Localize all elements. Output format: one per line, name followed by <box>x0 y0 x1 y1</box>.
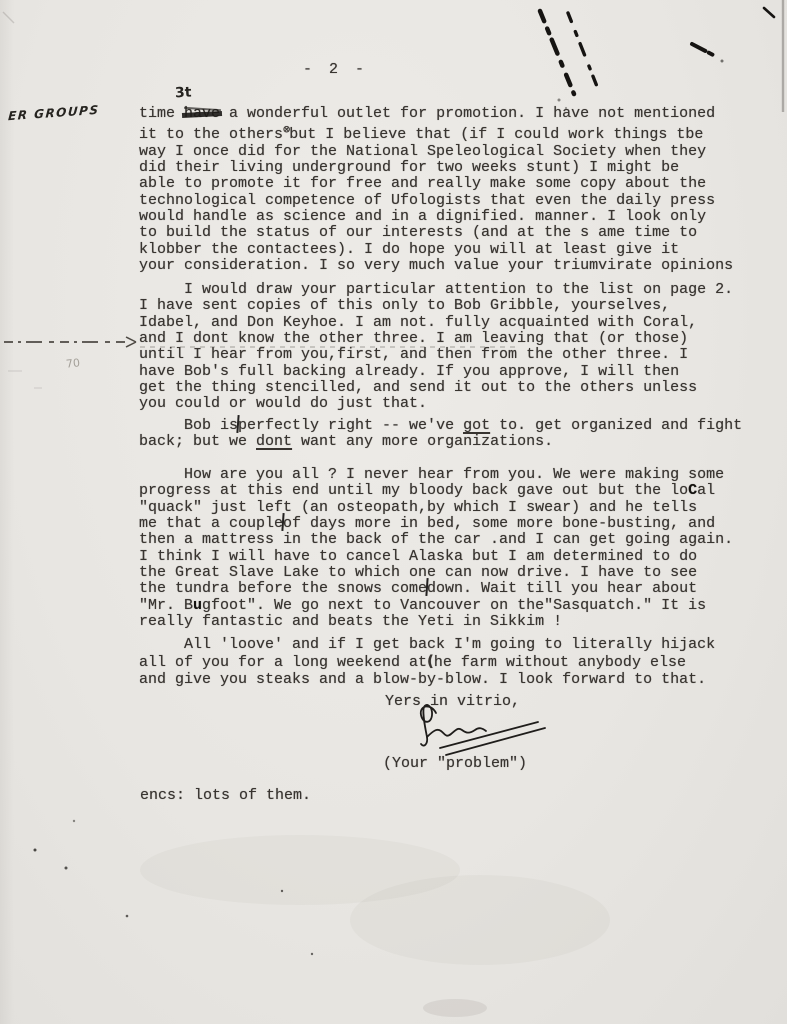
typed-text: a wonderful outlet for promotion. I have… <box>220 105 715 122</box>
letter-line: "Mr. Bugfoot". We go next to Vancouver o… <box>139 598 733 614</box>
letter-line: I would draw your particular attention t… <box>139 282 733 298</box>
letter-line: it to the others⊗but I believe that (if … <box>139 122 733 143</box>
letter-line: technological competence of Ufologists t… <box>139 193 733 209</box>
paragraph-2: I would draw your particular attention t… <box>139 282 733 413</box>
typed-text: I have sent copies of this only to Bob G… <box>139 297 670 314</box>
typed-text: then a mattress in the back of the car .… <box>139 531 733 548</box>
typed-text: technological competence of Ufologists t… <box>139 192 715 209</box>
typed-text: of days more in bed, some more bone-bust… <box>283 515 715 532</box>
letter-line: way I once did for the National Speleolo… <box>139 144 733 160</box>
typed-text: to. get organized and fight <box>490 417 742 434</box>
typed-text: able to promote it for free and really m… <box>139 175 706 192</box>
letter-line: Idabel, and Don Keyhoe. I am not. fully … <box>139 315 733 331</box>
letter-line: the Great Slave Lake to which one can no… <box>139 565 733 581</box>
underlined-word: dont <box>256 433 292 450</box>
typed-text: and I dont know the other three. I am le… <box>139 330 688 347</box>
letter-line: How are you all ? I never hear from you.… <box>139 467 733 483</box>
paragraph-5: All 'loove' and if I get back I'm going … <box>139 637 715 688</box>
letter-line: did their living underground for two wee… <box>139 160 733 176</box>
letter-line: I think I will have to cancel Alaska but… <box>139 549 733 565</box>
typed-text: and give you steaks and a blow-by-blow. … <box>139 671 706 688</box>
typed-text: I would draw your particular attention t… <box>139 281 733 298</box>
letter-line: have Bob's full backing already. If you … <box>139 364 733 380</box>
letter-line: really fantastic and beats the Yeti in S… <box>139 614 733 630</box>
typed-text: down. Wait till you hear about <box>427 580 697 597</box>
typed-text: al <box>697 482 715 499</box>
enclosures-line: encs: lots of them. <box>140 788 311 804</box>
typed-text: u <box>193 597 202 614</box>
typed-text: did their living underground for two wee… <box>139 159 679 176</box>
typed-text: your consideration. I so very much value… <box>139 257 733 274</box>
typed-text: I think I will have to cancel Alaska but… <box>139 548 697 565</box>
letter-line: me that a coupleof days more in bed, som… <box>139 516 733 532</box>
signature-caption: (Your "problem") <box>383 756 527 772</box>
typed-text: have Bob's full backing already. If you … <box>139 363 679 380</box>
typed-text: gfoot". We go next to Vancouver on the"S… <box>202 597 706 614</box>
letter-line: able to promote it for free and really m… <box>139 176 733 192</box>
letter-line: until I hear from you,first, and then fr… <box>139 347 733 363</box>
letter-line: and I dont know the other three. I am le… <box>139 331 733 347</box>
letter-line: you could or would do just that. <box>139 396 733 412</box>
letter-line: Bob isperfectly right -- we've got to. g… <box>139 418 742 434</box>
typed-text: me that a couple <box>139 515 283 532</box>
typed-text: C <box>688 482 697 499</box>
typed-text: way I once did for the National Speleolo… <box>139 143 706 160</box>
letter-line: I have sent copies of this only to Bob G… <box>139 298 733 314</box>
letter-line: get the thing stencilled, and send it ou… <box>139 380 733 396</box>
typed-text: time <box>139 105 184 122</box>
letter-line: would handle as science and in a dignifi… <box>139 209 733 225</box>
letter-line: time have a wonderful outlet for promoti… <box>139 106 733 122</box>
letter-line: to build the status of our interests (an… <box>139 225 733 241</box>
typed-text: progress at this end until my bloody bac… <box>139 482 688 499</box>
typed-text: the tundra before the snows come <box>139 580 427 597</box>
typed-text: would handle as science and in a dignifi… <box>139 208 706 225</box>
typed-text: perfectly right -- we've <box>238 417 463 434</box>
typed-text: How are you all ? I never hear from you.… <box>139 466 724 483</box>
typed-text: ( <box>427 652 434 670</box>
typed-text: to build the status of our interests (an… <box>139 224 697 241</box>
letter-line: progress at this end until my bloody bac… <box>139 483 733 499</box>
typed-text: get the thing stencilled, and send it ou… <box>139 379 697 396</box>
letter-line: klobber the contactees). I do hope you w… <box>139 242 733 258</box>
letter-line: your consideration. I so very much value… <box>139 258 733 274</box>
letter-line: "quack" just left (an osteopath,by which… <box>139 500 733 516</box>
typed-text: back; but we <box>139 433 256 450</box>
typed-text: klobber the contactees). I do hope you w… <box>139 241 679 258</box>
paragraph-1: time have a wonderful outlet for promoti… <box>139 106 733 274</box>
underlined-word: got <box>463 417 490 434</box>
struck-out-word: have <box>184 105 220 122</box>
letter-line: All 'loove' and if I get back I'm going … <box>139 637 715 653</box>
typed-text: want any more organizations. <box>292 433 553 450</box>
typed-text: Idabel, and Don Keyhoe. I am not. fully … <box>139 314 697 331</box>
typed-text: Bob is <box>139 417 238 434</box>
typed-text: until I hear from you,first, and then fr… <box>139 346 688 363</box>
scanned-letter-page: - 2 - ER GROUPS 3t 70 time have a wonder… <box>0 0 787 1024</box>
letter-line: back; but we dont want any more organiza… <box>139 434 742 450</box>
typed-text: the Great Slave Lake to which one can no… <box>139 564 697 581</box>
letter-body: time have a wonderful outlet for promoti… <box>0 0 787 1024</box>
typed-text: "quack" just left (an osteopath,by which… <box>139 499 697 516</box>
letter-line: and give you steaks and a blow-by-blow. … <box>139 672 715 688</box>
paragraph-4: How are you all ? I never hear from you.… <box>139 467 733 630</box>
letter-line: the tundra before the snows comedown. Wa… <box>139 581 733 597</box>
typed-text: you could or would do just that. <box>139 395 427 412</box>
paragraph-3: Bob isperfectly right -- we've got to. g… <box>139 418 742 451</box>
letter-line: then a mattress in the back of the car .… <box>139 532 733 548</box>
typed-text: he farm without anybody else <box>434 654 686 671</box>
typed-text: really fantastic and beats the Yeti in S… <box>139 613 562 630</box>
typed-text: it to the others <box>139 126 283 143</box>
typed-text: "Mr. B <box>139 597 193 614</box>
typed-text: all of you for a long weekend at <box>139 654 427 671</box>
closing-line: Yers in vitrio, <box>385 694 520 710</box>
typed-text: but I believe that (if I could work thin… <box>289 126 703 143</box>
letter-line: all of you for a long weekend at(he farm… <box>139 653 715 671</box>
typed-text: All 'loove' and if I get back I'm going … <box>139 636 715 653</box>
